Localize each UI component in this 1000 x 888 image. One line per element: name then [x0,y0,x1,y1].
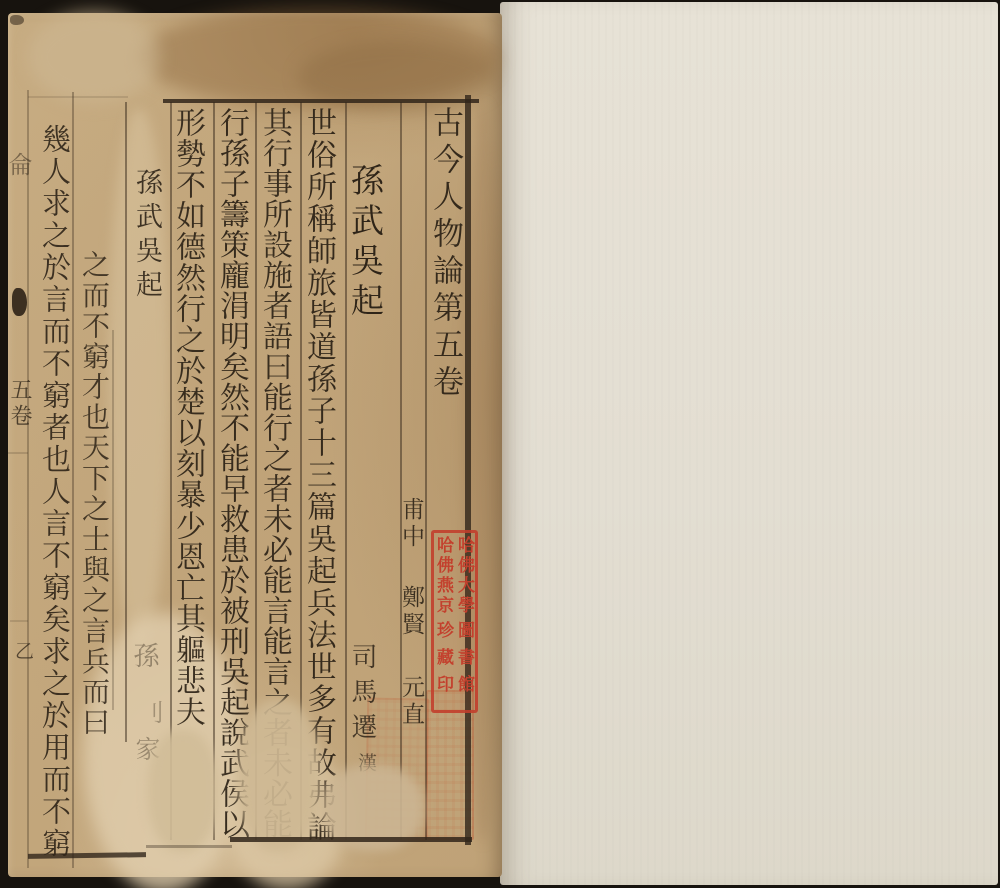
author-attribution: 司馬遷 [349,643,375,748]
section-heading-2: 孫武吳起 [133,168,160,304]
library-seal: 哈佛大學哈佛燕京 圖書館珍藏印 [431,530,478,713]
underpage-column-rule [112,330,114,710]
ink-smudge [12,288,27,316]
damage-overlay-1 [238,700,320,852]
printed-page: 古今人物論第五卷 甫中 鄭賢 元直 孫武吳起 司馬遷 漢 世俗所稱師旅皆道孫子十… [8,13,502,877]
spine-divider-lower [10,620,28,622]
underpage-top-rule [28,96,128,98]
compiler-place: 甫中 [399,497,422,551]
body-column-4: 形勢不如德然行之於楚以刻暴少恩亡其軀悲夫 [172,107,202,727]
book-scan: { "page": { "title": "古今人物論第五卷", "compil… [0,0,1000,888]
frame-bottom-border-faint [146,845,232,848]
damage-overlay-3 [148,730,218,852]
frame-top-border [163,99,479,103]
section-heading: 孫武吳起 [349,163,382,323]
damaged-char-1: 孫 [131,642,157,668]
compiler-courtesy-name: 元直 [399,675,422,729]
spine-leaf-mark: 乙 [13,641,32,660]
spine-volume-label: 五卷 [8,378,30,430]
body-column-3: 行孫子籌策龐涓明矣然不能早救患於被刑吳起說武侯以 [216,107,246,839]
frame-bottom-border [230,837,472,842]
underpage-column-rule [72,92,74,868]
blank-facing-page [500,2,998,885]
seal-text-right-column: 哈佛大學哈佛燕京 [435,536,474,621]
frame-right-border [465,95,471,845]
ink-smudge-top [10,15,24,25]
spine-rule [27,90,29,868]
spine-partial-char: 侖 [6,152,30,176]
compiler-name: 鄭賢 [399,585,422,639]
underpage-column-2: 幾人求之於言而不窮者也人言不窮矣求之於用而不窮 [40,124,69,860]
book-title-column: 古今人物論第五卷 [429,106,460,402]
seal-text-left-column: 圖書館珍藏印 [435,621,474,707]
column-rule [125,102,127,742]
underpage-column-1: 之而不窮才也天下之士與之言兵而曰 [80,250,108,738]
spine-divider-upper [8,452,28,454]
underpage-top-margin [28,11,160,103]
damaged-char-2: 刂 [138,700,162,724]
column-rule [400,102,402,840]
